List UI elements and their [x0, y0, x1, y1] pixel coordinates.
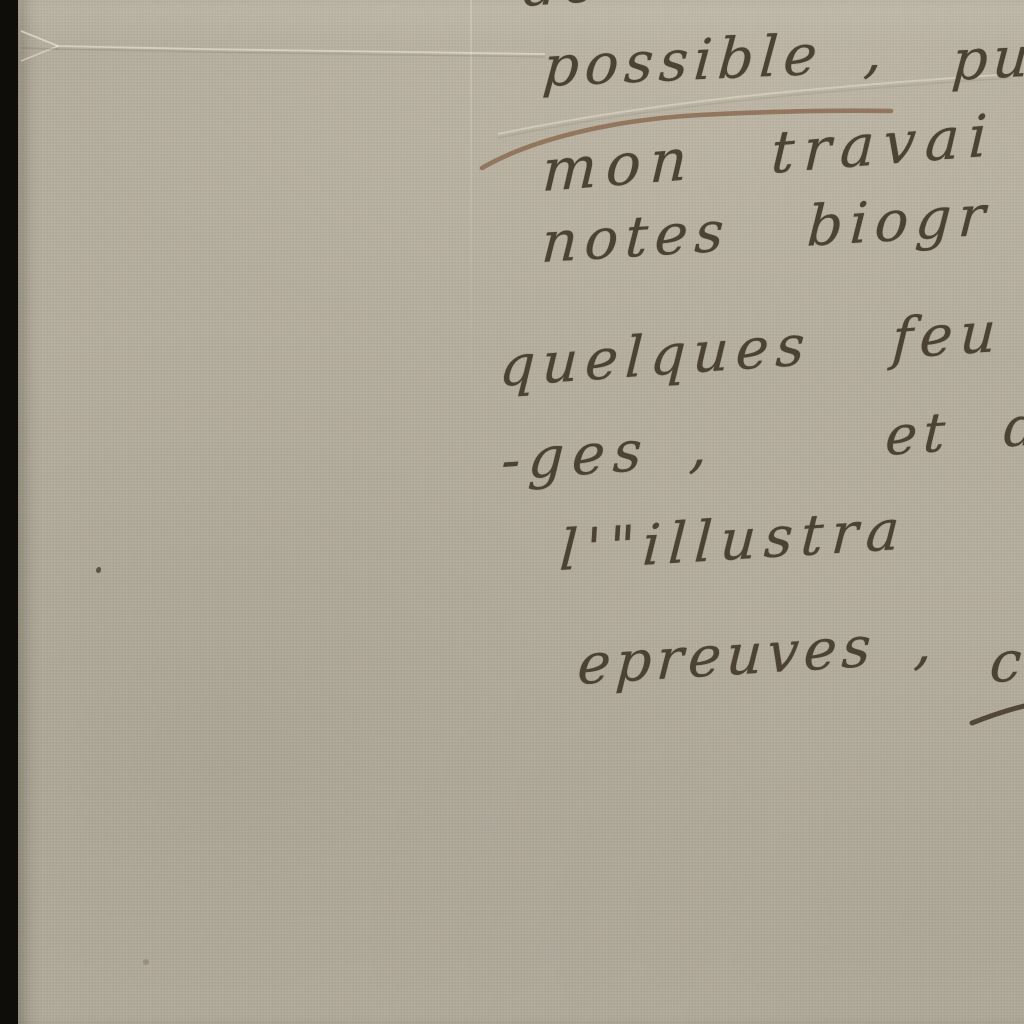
- handwritten-fragment-top: de: [522, 0, 603, 16]
- paper-weave-seam: [470, 0, 472, 420]
- handwritten-word-pu: pu: [950, 29, 1024, 90]
- handwritten-line-possible: possible ,: [541, 25, 891, 96]
- handwritten-word-et-d: et d: [884, 399, 1024, 464]
- ink-speck-lower: [143, 959, 149, 965]
- handwritten-line-ges: -ges ,: [500, 419, 717, 490]
- scanned-letter-page: de possible , pu mon travai notes biogr …: [0, 0, 1024, 1024]
- handwritten-word-c-underlined: c: [988, 634, 1024, 692]
